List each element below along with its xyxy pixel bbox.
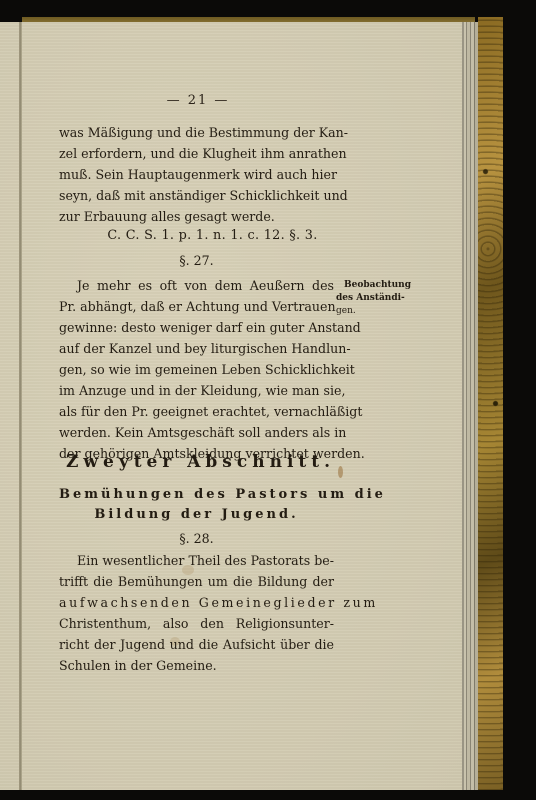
marbled-cover-edge (478, 17, 503, 790)
text-line: richt der Jugend und die Aufsicht über d… (59, 634, 334, 655)
text-line: aufwachsenden Gemeineglieder zum (59, 592, 334, 613)
text-line: Pr. abhängt, daß er Achtung und Vertraue… (59, 296, 334, 317)
section-heading-28: §. 28. (59, 531, 334, 546)
section-heading-27: §. 27. (59, 253, 334, 268)
text-line: trifft die Bemühungen um die Bildung der (59, 571, 334, 592)
marginal-note-line: des Anständi- (336, 292, 416, 304)
citation: C. C. S. 1. p. 1. n. 1. c. 12. §. 3. (75, 228, 350, 243)
page-number: — 21 — (148, 93, 248, 108)
text-line: Schulen in der Gemeine. (59, 655, 334, 676)
paper-stain (338, 466, 343, 478)
marginal-note-line: Beobachtung (344, 279, 424, 291)
text-line: als für den Pr. geeignet erachtet, verna… (59, 401, 334, 422)
gutter-fold (19, 22, 22, 790)
chapter-title: Zweyter Abschnitt. (63, 452, 338, 472)
text-line: Je mehr es oft von dem Aeußern des (59, 275, 334, 296)
text-line: Ein wesentlicher Theil des Pastorats be- (59, 550, 334, 571)
chapter-subtitle: Bildung der Jugend. (59, 507, 334, 522)
book-scan: — 21 — was Mäßigung und die Bestimmung d… (0, 0, 536, 800)
text-line: zel erfordern, und die Klugheit ihm anra… (59, 143, 334, 164)
marginal-note-line: gen. (336, 305, 416, 317)
text-line: auf der Kanzel und bey liturgischen Hand… (59, 338, 334, 359)
chapter-subtitle: Bemühungen des Pastors um die (59, 487, 334, 502)
text-line: gewinne: desto weniger darf ein guter An… (59, 317, 334, 338)
text-line: Christenthum, also den Religionsunter- (59, 613, 334, 634)
text-line: gen, so wie im gemeinen Leben Schicklich… (59, 359, 334, 380)
text-line: zur Erbauung alles gesagt werde. (59, 206, 334, 227)
text-line: was Mäßigung und die Bestimmung der Kan- (59, 122, 334, 143)
page-leaf-edges (462, 22, 478, 790)
text-line: im Anzuge und in der Kleidung, wie man s… (59, 380, 334, 401)
text-line: seyn, daß mit anständiger Schicklichkeit… (59, 185, 334, 206)
text-line: muß. Sein Hauptaugenmerk wird auch hier (59, 164, 334, 185)
text-line: werden. Kein Amtsgeschäft soll anders al… (59, 422, 334, 443)
